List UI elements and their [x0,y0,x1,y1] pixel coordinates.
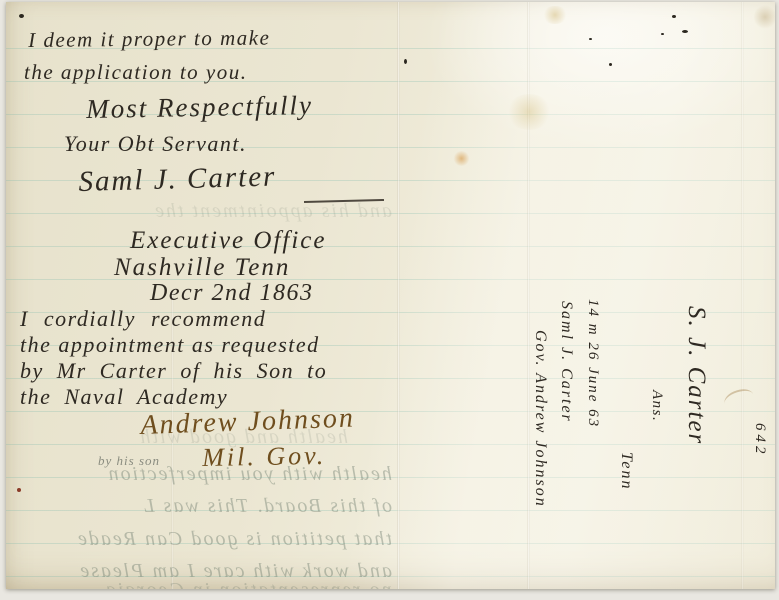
ink-speck [19,14,24,18]
fold-crease [527,2,530,589]
bleedthrough-line: that petition is good Can Reade [10,528,392,551]
bleedthrough-line: health with you imperfection [10,463,392,486]
docket-name: S. J. Carter [682,306,710,445]
docket-date: 14 m 26 June 63 [584,299,601,428]
ink-speck [17,488,21,492]
stain [542,6,568,24]
letter-line: the application to you. [24,60,247,85]
bleedthrough-line: and his appointment the [10,200,392,223]
pencil-note: by his son [98,453,160,469]
letter-line: I deem it proper to make [28,25,270,53]
letter-line-place: Nashville Tenn [114,254,290,282]
ink-speck [682,30,688,33]
stain [506,94,552,130]
docket-state: Tenn [617,452,635,491]
ink-speck [672,15,676,18]
fold-crease [741,2,744,589]
bleedthrough-line: no representation in Georgia [10,579,392,589]
docket-number: 642 [751,423,768,458]
signature-title-mil-gov: Mil. Gov. [202,441,327,473]
bleedthrough-line: of this Board. This was L [10,495,392,518]
ink-speck [589,38,592,40]
letter-line: the appointment as requested [20,332,320,358]
docket-answered: Ans. [648,390,665,422]
stain [453,151,470,166]
signature-saml-carter: Saml J. Carter [78,160,277,199]
ink-speck [404,59,407,64]
docket-governor: Gov. Andrew Johnson [531,330,549,508]
letter-line-closing: Most Respectfully [86,90,313,125]
letter-line: by Mr Carter of his Son to [20,358,327,384]
ink-speck [661,33,664,35]
letter-line-office: Executive Office [130,227,326,255]
letter-line: I cordially recommend [20,306,266,332]
docket-name-2: Saml J. Carter [557,301,575,423]
fold-crease [397,2,400,589]
ink-speck [609,63,612,66]
letter-line-closing: Your Obt Servant. [64,131,247,157]
letter-paper: and his appointment the health and good … [6,2,775,589]
letter-line-date: Decr 2nd 1863 [150,280,313,307]
stain [754,4,775,30]
letter-line: the Naval Academy [20,384,228,410]
